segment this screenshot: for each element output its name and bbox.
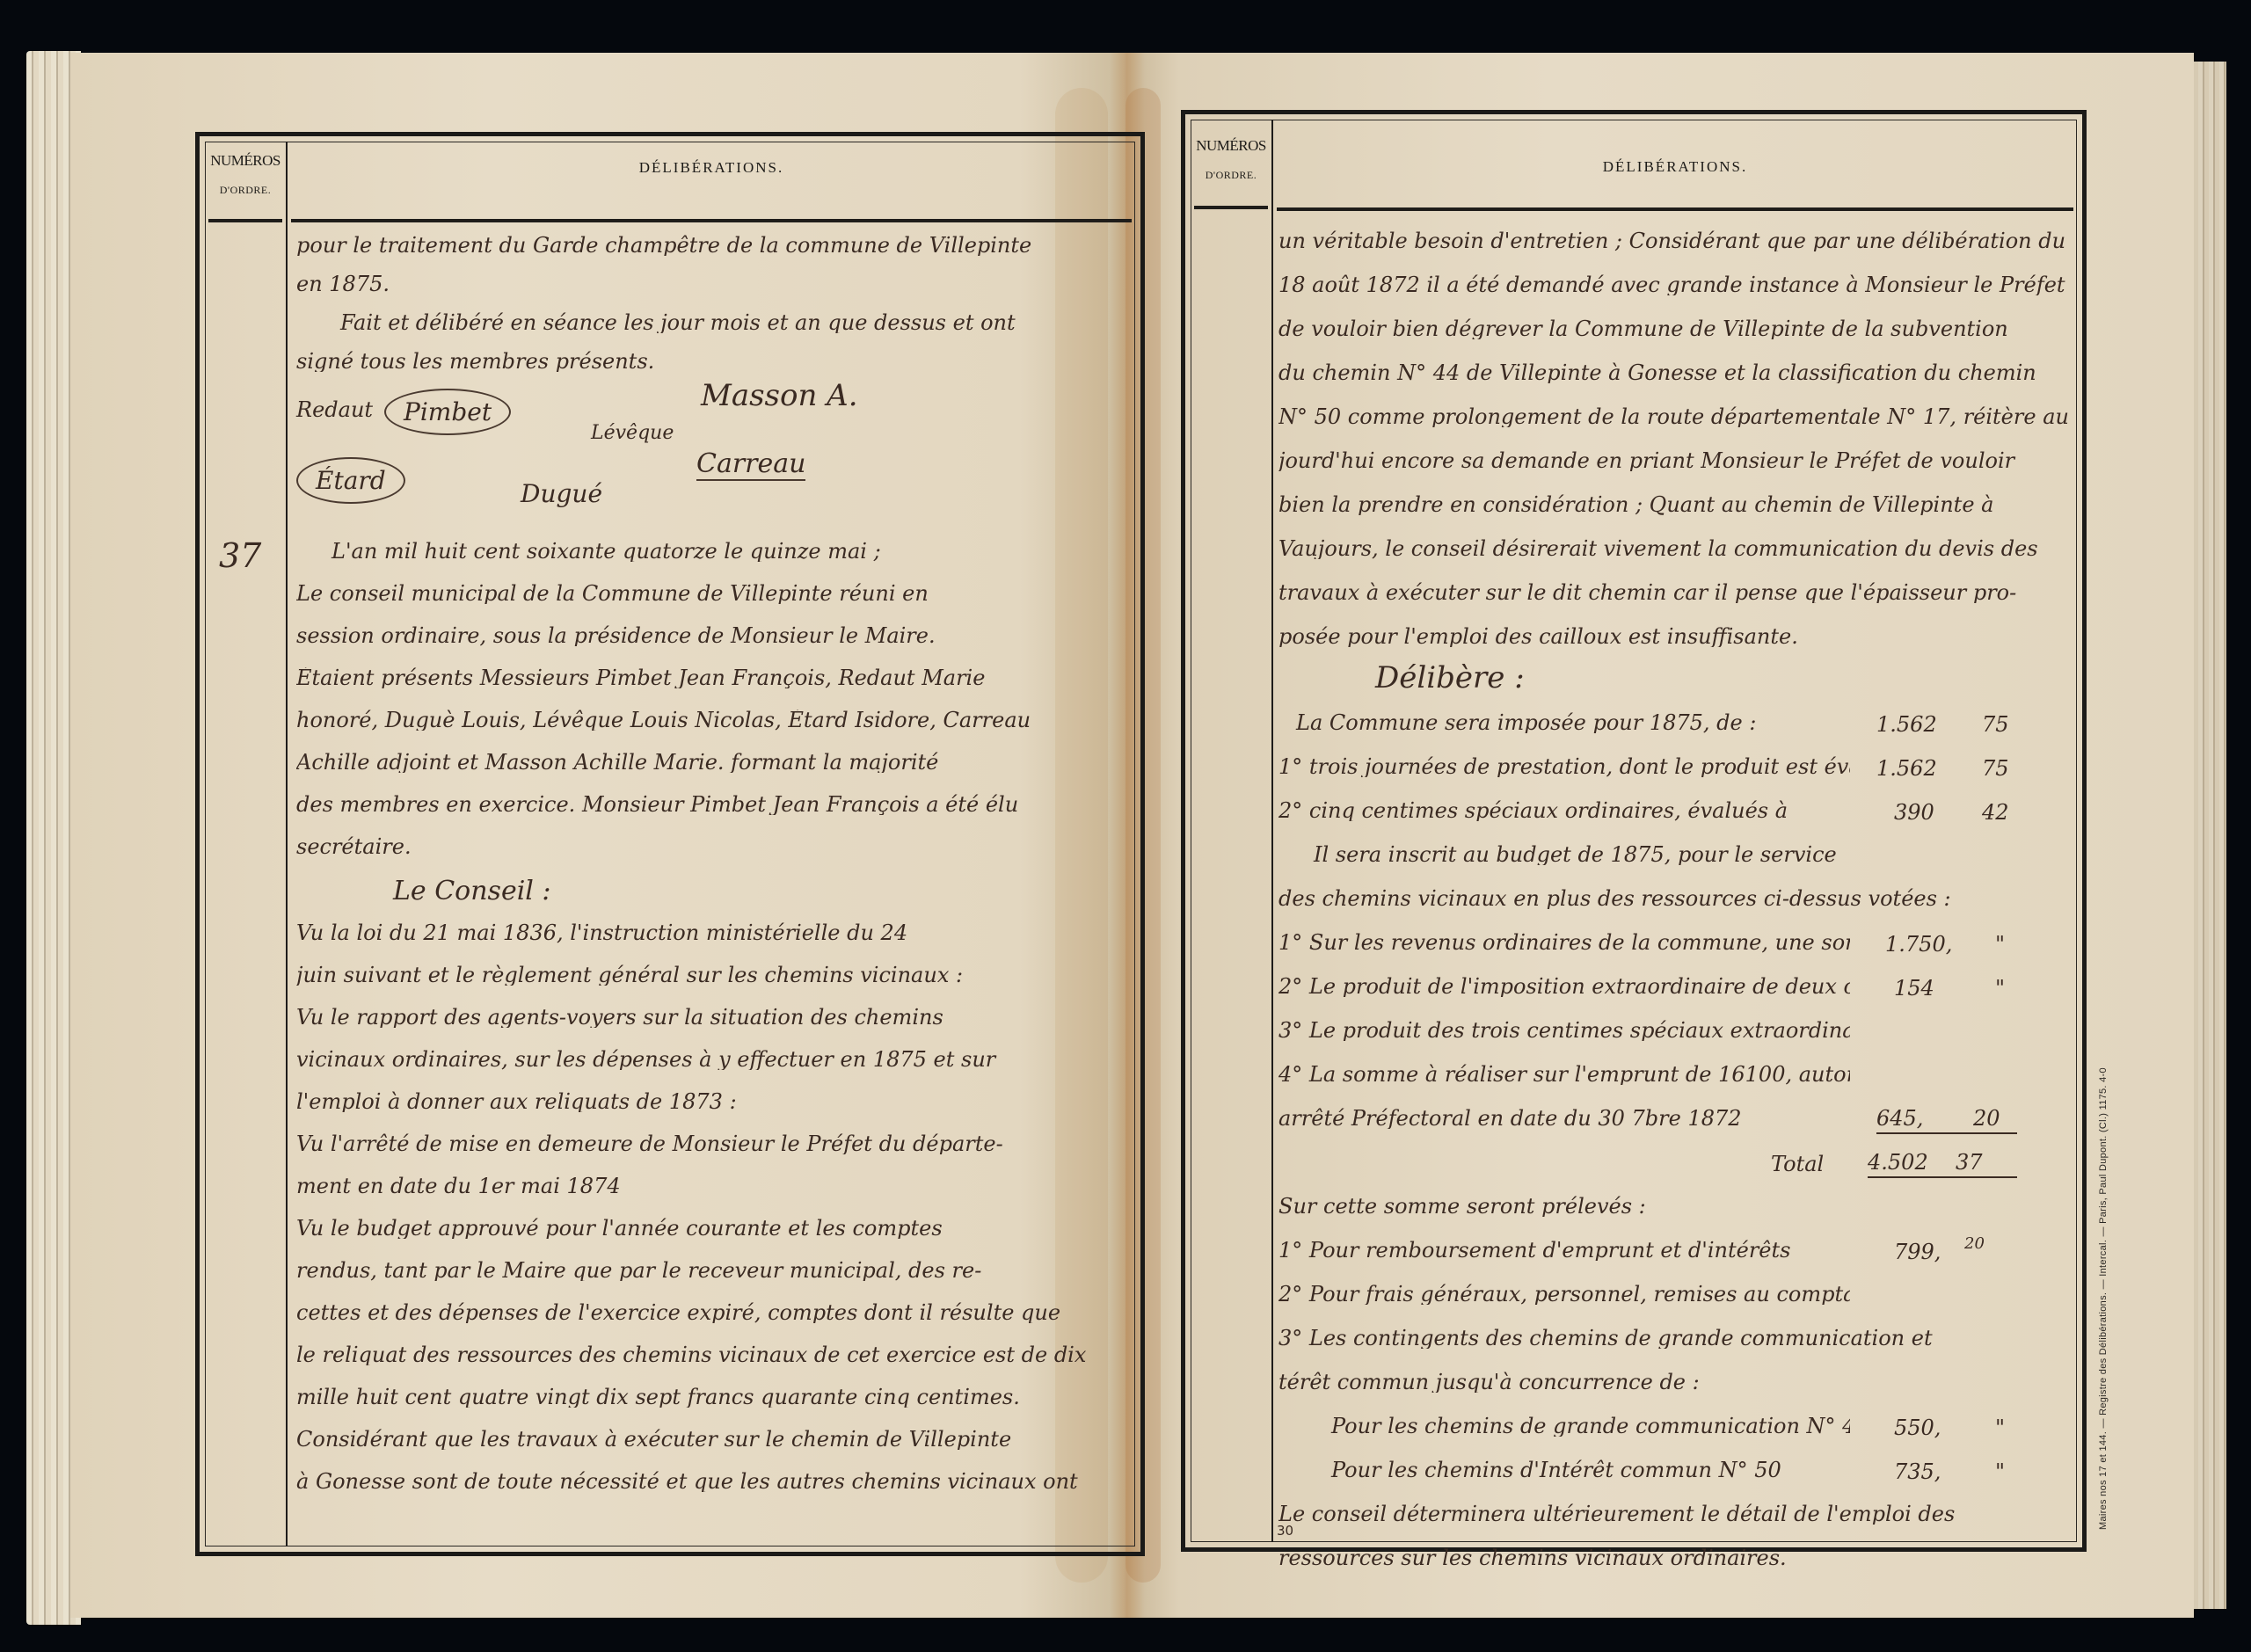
text-line: Fait et délibéré en séance les jour mois… — [296, 312, 1125, 333]
signature: Lévêque — [591, 422, 674, 444]
signature: Dugué — [521, 479, 602, 508]
signature: Étard — [296, 457, 405, 504]
numeros-label: NUMÉROS — [1192, 137, 1270, 155]
text-line: 1° Pour remboursement d'emprunt et d'int… — [1278, 1240, 1850, 1261]
text-line: posée pour l'emploi des cailloux est ins… — [1278, 626, 2070, 647]
amount-francs: 1.750, — [1885, 932, 1952, 957]
text-line: 3° Le produit des trois centimes spéciau… — [1278, 1020, 1850, 1041]
text-line: à Gonesse sont de toute nécessité et que… — [296, 1471, 1125, 1492]
signatures-block: Redaut Pimbet Lévêque Masson A. Étard Du… — [296, 378, 912, 528]
signature: Redaut — [296, 397, 373, 422]
text-line: honoré, Duguè Louis, Lévêque Louis Nicol… — [296, 710, 1125, 731]
left-register-frame: NUMÉROS D'ORDRE. DÉLIBÉRATIONS. pour le … — [195, 132, 1145, 1556]
text-line: Sur cette somme seront prélevés : — [1278, 1196, 2070, 1217]
text-line: 1° Sur les revenus ordinaires de la comm… — [1278, 932, 1850, 953]
text-line: térêt commun jusqu'à concurrence de : — [1278, 1372, 1850, 1393]
amount-centimes: " — [1995, 932, 2005, 957]
text-line: cettes et des dépenses de l'exercice exp… — [296, 1302, 1125, 1323]
text-line: du chemin N° 44 de Villepinte à Gonesse … — [1278, 362, 2070, 383]
text-line: La Commune sera imposée pour 1875, de : — [1278, 712, 2070, 733]
text-line: Étaient présents Messieurs Pimbet Jean F… — [296, 667, 1125, 688]
signature: Masson A. — [701, 378, 858, 413]
text-line: 2° Le produit de l'imposition extraordin… — [1278, 976, 1850, 997]
text-line: N° 50 comme prolongement de la route dép… — [1278, 406, 2070, 427]
text-line: Vu la loi du 21 mai 1836, l'instruction … — [296, 922, 1125, 943]
text-line: de vouloir bien dégrever la Commune de V… — [1278, 318, 2070, 339]
section-heading: Le Conseil : — [296, 878, 1125, 905]
amount-centimes: 75 — [1982, 712, 2009, 737]
deliberation-heading: Délibère : — [1278, 663, 2070, 693]
page-number: 30 — [1277, 1523, 1293, 1539]
entry-order-number: 37 — [219, 536, 261, 575]
amount-centimes: " — [1995, 1415, 2005, 1440]
right-register-frame: NUMÉROS D'ORDRE. DÉLIBÉRATIONS. un vérit… — [1181, 110, 2087, 1552]
text-line: L'an mil huit cent soixante quatorze le … — [296, 541, 1125, 562]
text-line: rendus, tant par le Maire que par le rec… — [296, 1260, 1125, 1281]
text-line: 4° La somme à réaliser sur l'emprunt de … — [1278, 1064, 1850, 1085]
amount-centimes: 42 — [1982, 800, 2009, 825]
text-line: signé tous les membres présents. — [296, 351, 1125, 372]
total-label: Total — [1771, 1152, 1824, 1176]
text-line: pour le traitement du Garde champêtre de… — [296, 235, 1125, 256]
text-line: Le conseil municipal de la Commune de Vi… — [296, 583, 1125, 604]
amount-centimes: 75 — [1982, 756, 2009, 781]
numeros-dordre-header: NUMÉROS D'ORDRE. — [1192, 137, 1270, 182]
text-line: Vu le rapport des agents-voyers sur la s… — [296, 1007, 1125, 1028]
text-line: l'emploi à donner aux reliquats de 1873 … — [296, 1091, 1125, 1112]
text-line: Vu l'arrêté de mise en demeure de Monsie… — [296, 1133, 1125, 1154]
text-line: bien la prendre en considération ; Quant… — [1278, 494, 2070, 515]
amount-francs: 735, — [1894, 1459, 1941, 1484]
text-line: Pour les chemins de grande communication… — [1278, 1415, 1850, 1437]
text-line: secrétaire. — [296, 836, 1125, 857]
text-line: Vaujours, le conseil désirerait vivement… — [1278, 538, 2070, 559]
amount-francs: 799, — [1894, 1240, 1941, 1264]
amount-centimes: 20 — [1964, 1234, 1985, 1253]
total-centimes: 37 — [1956, 1150, 2017, 1178]
text-line: ressources sur les chemins vicinaux ordi… — [1278, 1547, 2070, 1568]
amount-centimes: " — [1995, 1459, 2005, 1484]
dordre-label: D'ORDRE. — [207, 184, 284, 197]
text-line: session ordinaire, sous la présidence de… — [296, 625, 1125, 646]
text-line: arrêté Préfectoral en date du 30 7bre 18… — [1278, 1108, 1850, 1129]
text-line: Il sera inscrit au budget de 1875, pour … — [1278, 844, 2070, 865]
dordre-label: D'ORDRE. — [1192, 169, 1270, 182]
deliberations-header: DÉLIBÉRATIONS. — [291, 159, 1132, 177]
text-line: 1° trois journées de prestation, dont le… — [1278, 756, 1850, 777]
amount-centimes: " — [1995, 976, 2005, 1001]
text-line: Vu le budget approuvé pour l'année coura… — [296, 1218, 1125, 1239]
text-line: Considérant que les travaux à exécuter s… — [296, 1429, 1125, 1450]
amount-francs: 1.562 — [1876, 756, 1937, 781]
total-francs: 4.502 — [1868, 1150, 1956, 1178]
text-line: mille huit cent quatre vingt dix sept fr… — [296, 1386, 1125, 1408]
numeros-dordre-header: NUMÉROS D'ORDRE. — [207, 152, 284, 197]
amount-francs: 154 — [1894, 976, 1934, 1001]
deliberations-header: DÉLIBÉRATIONS. — [1277, 158, 2073, 176]
text-line: travaux à exécuter sur le dit chemin car… — [1278, 582, 2070, 603]
amount-francs: 1.562 — [1876, 712, 1937, 737]
text-line: 3° Les contingents des chemins de grande… — [1278, 1328, 1938, 1349]
text-line: un véritable besoin d'entretien ; Consid… — [1278, 230, 2070, 251]
text-line: ment en date du 1er mai 1874 — [296, 1175, 1125, 1197]
text-line: le reliquat des ressources des chemins v… — [296, 1344, 1125, 1365]
text-line: jourd'hui encore sa demande en priant Mo… — [1278, 450, 2070, 471]
printer-imprint: Maires nos 17 et 144. — Registre des Dél… — [2098, 1067, 2109, 1530]
text-line: 2° Pour frais généraux, personnel, remis… — [1278, 1284, 1850, 1305]
amount-francs: 550, — [1894, 1415, 1941, 1440]
text-line: vicinaux ordinaires, sur les dépenses à … — [296, 1049, 1125, 1070]
text-line: 2° cinq centimes spéciaux ordinaires, év… — [1278, 800, 1850, 821]
text-line: 18 août 1872 il a été demandé avec grand… — [1278, 274, 2070, 295]
text-line: Achille adjoint et Masson Achille Marie.… — [296, 752, 1125, 773]
numeros-label: NUMÉROS — [207, 152, 284, 170]
left-page-body: pour le traitement du Garde champêtre de… — [296, 224, 1125, 1543]
text-line: en 1875. — [296, 273, 1125, 295]
signature: Pimbet — [384, 389, 511, 435]
text-line: juin suivant et le règlement général sur… — [296, 964, 1125, 986]
text-line: des membres en exercice. Monsieur Pimbet… — [296, 794, 1125, 815]
text-line: Pour les chemins d'Intérêt commun N° 50 — [1278, 1459, 1850, 1481]
amount-centimes: 20 — [1973, 1106, 2017, 1134]
text-line: des chemins vicinaux en plus des ressour… — [1278, 888, 2070, 909]
amount-francs: 390 — [1894, 800, 1934, 825]
right-page-body: un véritable besoin d'entretien ; Consid… — [1278, 211, 2070, 1539]
signature: Carreau — [696, 448, 805, 481]
text-line: Le conseil déterminera ultérieurement le… — [1278, 1503, 2070, 1525]
